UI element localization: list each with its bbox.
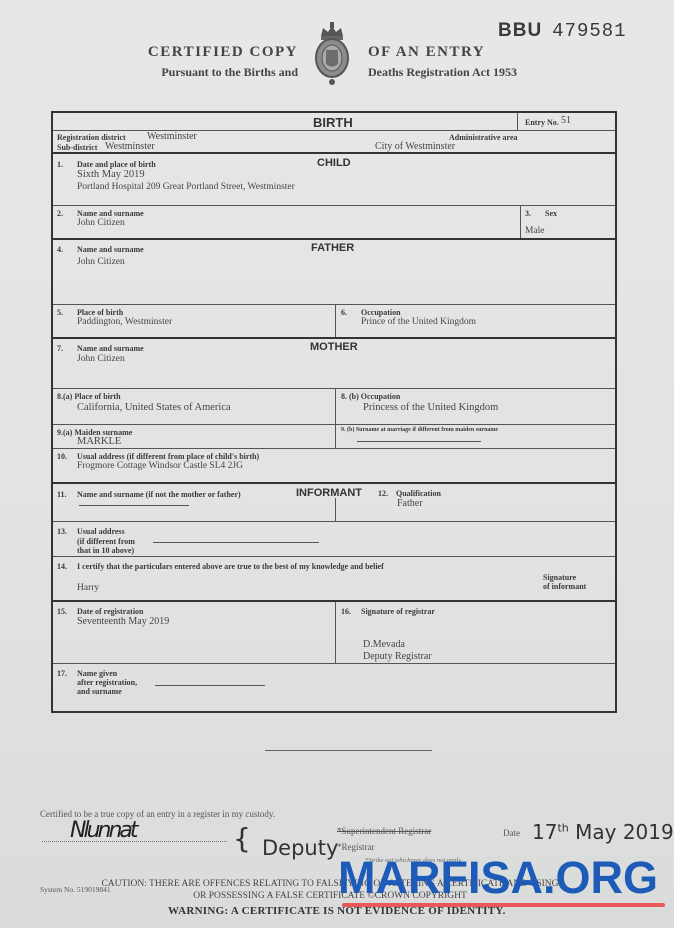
field-11-12-row: 11. Name and surname (if not the mother … [53, 484, 615, 522]
field-2-3-row: 2. Name and surname John Citizen 3. Sex … [53, 206, 615, 240]
signature-label: Signature [543, 573, 576, 582]
name-after-registration-label: Name given [77, 669, 117, 678]
field-number: 6. [341, 308, 347, 317]
child-name-label: Name and surname [77, 209, 144, 218]
informant-address-label: Usual address [77, 527, 125, 536]
administrative-area-label: Administrative area [449, 133, 518, 142]
mother-birthplace-value: California, United States of America [77, 402, 231, 413]
mother-occupation-label: 8. (b) Occupation [341, 392, 400, 401]
qualification-label: Qualification [396, 489, 441, 498]
divider [517, 113, 518, 130]
field-number: 16. [341, 607, 351, 616]
date-of-birth-value: Sixth May 2019 [77, 169, 145, 180]
mother-name-label: Name and surname [77, 344, 144, 353]
subtitle-left: Pursuant to the Births and [138, 65, 298, 80]
field-15-16-row: 15. Date of registration Seventeenth May… [53, 602, 615, 664]
handwritten-signature: Nlunnat [70, 818, 136, 843]
handwritten-deputy: Deputy [262, 836, 338, 860]
superintendent-registrar-struck: *Superintendent Registrar [337, 826, 431, 836]
date-rest: May 2019 [575, 820, 674, 844]
informant-name-blank [79, 505, 189, 506]
divider [335, 425, 336, 448]
field-number: 17. [57, 669, 67, 678]
informant-address-blank [153, 542, 319, 543]
section-father: FATHER [311, 242, 354, 254]
registrar-name-value: D.Mevada [363, 639, 405, 650]
field-number: 1. [57, 160, 63, 169]
registration-date-label: Date of registration [77, 607, 144, 616]
form-title-row: BIRTH Entry No. 51 [53, 113, 615, 131]
watermark-logo: MARFISA.ORG [338, 852, 658, 904]
sub-district-label: Sub-district [57, 143, 97, 152]
serial-digits: 479581 [552, 20, 626, 42]
registrar-label: *Registrar [337, 842, 375, 852]
field-1-row: 1. Date and place of birth CHILD Sixth M… [53, 154, 615, 206]
subtitle-right: Deaths Registration Act 1953 [368, 65, 568, 80]
date-label: Date [503, 828, 520, 838]
field-5-6-row: 5. Place of birth Paddington, Westminste… [53, 305, 615, 339]
divider [335, 389, 336, 424]
royal-crest-icon [313, 22, 351, 88]
serial-prefix: BBU [498, 20, 542, 41]
mother-occupation-value: Princess of the United Kingdom [363, 402, 498, 413]
maiden-surname-value: MARKLE [77, 436, 121, 447]
signature-line [265, 750, 432, 751]
brace-mark: { [233, 822, 251, 855]
field-number: 14. [57, 562, 67, 571]
section-informant: INFORMANT [296, 487, 362, 499]
field-4-row: 4. Name and surname FATHER John Citizen [53, 240, 615, 305]
field-number: 13. [57, 527, 67, 536]
place-of-birth-value: Portland Hospital 209 Great Portland Str… [77, 182, 295, 192]
mother-birthplace-label: 8.(a) Place of birth [57, 392, 121, 401]
divider [335, 498, 336, 521]
father-birthplace-label: Place of birth [77, 308, 123, 317]
certify-label: I certify that the particulars entered a… [77, 562, 384, 571]
field-7-row: 7. Name and surname MOTHER John Citizen [53, 339, 615, 389]
field-14-row: 14. I certify that the particulars enter… [53, 557, 615, 602]
field-number: 2. [57, 209, 63, 218]
field-17-row: 17. Name given after registration, and s… [53, 664, 615, 713]
informant-address-label: that in 10 above) [77, 546, 134, 555]
mother-name-value: John Citizen [77, 354, 125, 364]
header-right: OF AN ENTRY Deaths Registration Act 1953 [368, 44, 568, 80]
field-number: 15. [57, 607, 67, 616]
informant-signature-value: Harry [77, 583, 99, 593]
title-certified-copy: CERTIFIED COPY [138, 44, 298, 61]
sub-district-value: Westminster [105, 141, 155, 152]
handwritten-date: 17th May 2019 [532, 820, 674, 844]
field-9-row: 9.(a) Maiden surname MARKLE 9. (b) Surna… [53, 425, 615, 449]
usual-address-value: Frogmore Cottage Windsor Castle SL4 2JG [77, 461, 243, 471]
birth-entry-form: BIRTH Entry No. 51 Registration district… [51, 111, 617, 713]
signature-label: of informant [543, 582, 586, 591]
field-10-row: 10. Usual address (if different from pla… [53, 449, 615, 484]
district-row: Registration district Westminster Admini… [53, 131, 615, 154]
sex-value: Male [525, 226, 545, 236]
registration-date-value: Seventeenth May 2019 [77, 616, 169, 627]
field-number: 4. [57, 245, 63, 254]
date-place-birth-label: Date and place of birth [77, 160, 156, 169]
date-suffix: th [557, 821, 568, 834]
father-occupation-value: Prince of the United Kingdom [361, 317, 476, 327]
child-name-value: John Citizen [77, 218, 125, 228]
divider [335, 602, 336, 663]
header-left: CERTIFIED COPY Pursuant to the Births an… [138, 44, 298, 80]
form-title: BIRTH [313, 115, 353, 130]
name-after-registration-label: and surname [77, 687, 122, 696]
entry-no-label: Entry No. [525, 118, 559, 127]
father-occupation-label: Occupation [361, 308, 401, 317]
date-day: 17 [532, 820, 557, 844]
divider [520, 206, 521, 238]
father-birthplace-value: Paddington, Westminster [77, 317, 172, 327]
entry-no-value: 51 [561, 115, 571, 126]
field-number: 12. [378, 489, 388, 498]
field-number: 10. [57, 452, 67, 461]
name-after-registration-blank [155, 685, 265, 686]
field-number: 5. [57, 308, 63, 317]
qualification-value: Father [397, 498, 423, 509]
title-of-an-entry: OF AN ENTRY [368, 44, 568, 61]
registrar-title-value: Deputy Registrar [363, 651, 432, 662]
certificate-paper: BBU479581 CERTIFIED COPY Pursuant to the… [0, 0, 674, 928]
field-number: 7. [57, 344, 63, 353]
divider [335, 305, 336, 337]
field-number: 11. [57, 490, 67, 499]
registrar-signature-label: Signature of registrar [361, 607, 435, 616]
marriage-surname-label: 9. (b) Surname at marriage if different … [341, 427, 498, 433]
sex-label: Sex [545, 209, 557, 218]
watermark-underline [342, 903, 665, 907]
serial-number: BBU479581 [498, 20, 627, 42]
section-child: CHILD [317, 157, 351, 169]
father-name-value: John Citizen [77, 257, 125, 267]
marriage-surname-blank [357, 441, 481, 442]
field-8-row: 8.(a) Place of birth California, United … [53, 389, 615, 425]
name-after-registration-label: after registration, [77, 678, 137, 687]
administrative-area-value: City of Westminster [375, 141, 455, 152]
informant-address-label: (if different from [77, 537, 135, 546]
field-number: 3. [525, 209, 531, 218]
section-mother: MOTHER [310, 341, 358, 353]
father-name-label: Name and surname [77, 245, 144, 254]
informant-name-label: Name and surname (if not the mother or f… [77, 490, 241, 499]
usual-address-label: Usual address (if different from place o… [77, 452, 259, 461]
field-13-row: 13. Usual address (if different from tha… [53, 522, 615, 557]
